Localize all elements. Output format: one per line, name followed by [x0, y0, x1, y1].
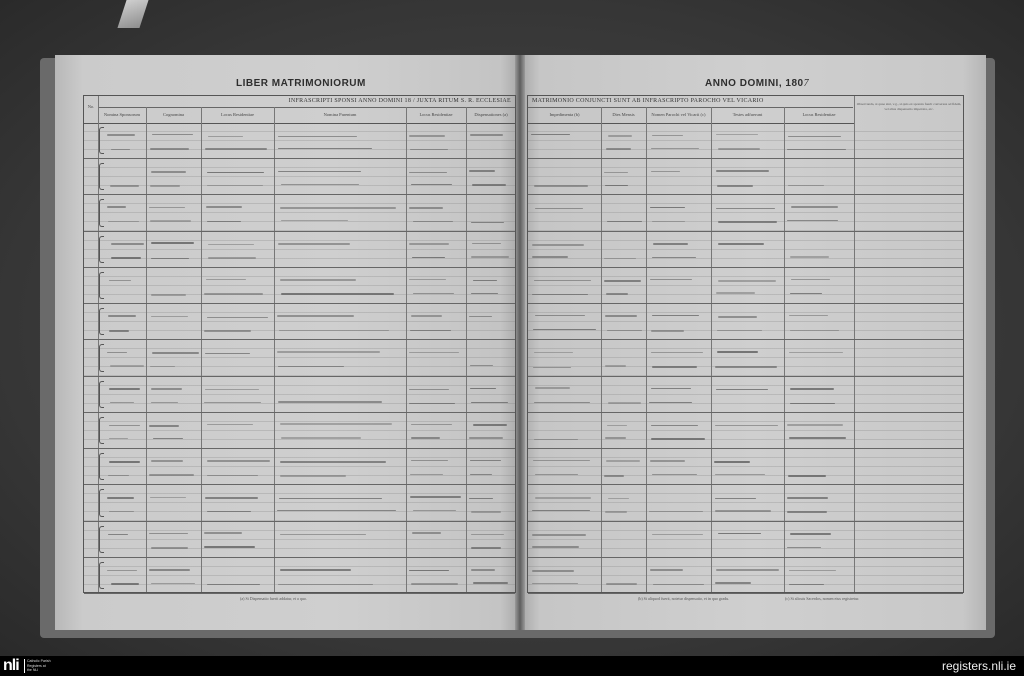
handwritten-text [717, 351, 758, 353]
handwritten-text [716, 389, 768, 391]
handwritten-text [108, 221, 140, 223]
handwritten-text [653, 243, 688, 245]
handwritten-text [718, 243, 764, 245]
handwritten-text [649, 511, 703, 513]
handwritten-text [607, 425, 627, 427]
handwritten-text [151, 316, 187, 318]
handwritten-text [606, 460, 641, 462]
handwritten-text [411, 184, 452, 186]
handwritten-text [651, 352, 703, 354]
handwritten-text [787, 149, 845, 151]
handwritten-text [280, 569, 351, 571]
handwritten-text [471, 534, 504, 536]
handwritten-text [413, 510, 456, 512]
handwritten-text [787, 547, 821, 549]
handwritten-text [281, 293, 394, 295]
entry-brace [99, 272, 104, 299]
observanda-header: Observanda, si quae sint, v.g., si quis … [854, 96, 963, 123]
handwritten-text [107, 134, 134, 136]
left-entries [84, 123, 515, 592]
entry-row [528, 449, 963, 485]
handwritten-text [207, 460, 270, 462]
handwritten-text [604, 280, 640, 282]
handwritten-text [608, 402, 641, 404]
handwritten-text [411, 583, 458, 585]
handwritten-text [110, 402, 134, 404]
handwritten-text [791, 279, 830, 281]
col-cognomina: Cognomina [146, 107, 201, 123]
left-footnote: (a) Si Dispensatio fuerit addatur, et a … [240, 596, 307, 601]
nli-logo-subtitle: Catholic Parish Registers at the NLI [27, 659, 67, 673]
handwritten-text [650, 279, 692, 281]
handwritten-text [205, 497, 258, 499]
logo-divider [24, 659, 25, 673]
handwritten-text [469, 170, 495, 172]
handwritten-text [409, 243, 449, 245]
handwritten-text [281, 437, 361, 439]
handwritten-text [718, 533, 762, 535]
handwritten-text [787, 220, 838, 222]
handwritten-text [651, 388, 690, 390]
handwritten-text [532, 583, 578, 585]
handwritten-text [715, 474, 766, 476]
entry-row [528, 232, 963, 268]
handwritten-text [470, 474, 492, 476]
site-link[interactable]: registers.nli.ie [942, 659, 1016, 673]
handwritten-text [208, 244, 255, 246]
right-column-headers: Impedimenta (b) Dies Mensis Nomen Paroch… [528, 107, 854, 124]
handwritten-text [110, 365, 144, 367]
handwritten-text [532, 546, 578, 548]
handwritten-text [409, 389, 449, 391]
handwritten-text [281, 220, 348, 222]
handwritten-text [151, 294, 186, 296]
handwritten-text [651, 330, 684, 332]
handwritten-text [109, 461, 139, 463]
handwritten-text [111, 257, 142, 259]
handwritten-text [152, 352, 198, 354]
handwritten-text [109, 330, 129, 332]
right-register-table: MATRIMONIO CONJUNCTI SUNT AB INFRASCRIPT… [527, 95, 964, 593]
handwritten-text [151, 388, 181, 390]
entry-brace [99, 236, 104, 263]
entry-brace [99, 562, 104, 589]
handwritten-text [532, 244, 585, 246]
handwritten-text [409, 279, 446, 281]
entry-brace [99, 308, 104, 335]
handwritten-text [605, 315, 638, 317]
handwritten-text [607, 330, 642, 332]
handwritten-text [280, 475, 345, 477]
handwritten-text [472, 184, 505, 186]
handwritten-text [531, 134, 570, 136]
handwritten-text [206, 279, 246, 281]
handwritten-text [150, 497, 186, 499]
handwritten-text [280, 534, 366, 536]
entry-row [528, 377, 963, 413]
handwritten-text [108, 315, 136, 317]
handwritten-text [278, 243, 351, 245]
handwritten-text [107, 206, 126, 208]
entry-row [84, 413, 515, 449]
handwritten-text [789, 570, 836, 572]
handwritten-text [150, 366, 175, 368]
handwritten-text [790, 388, 834, 390]
handwritten-text [473, 280, 497, 282]
logo-subtitle-line: the NLI [27, 668, 67, 673]
handwritten-text [153, 438, 183, 440]
handwritten-text [278, 171, 361, 173]
handwritten-text [718, 280, 776, 282]
handwritten-text [278, 136, 357, 138]
col-dies-mensis: Dies Mensis [601, 107, 646, 123]
left-page-title: LIBER MATRIMONIORUM [236, 78, 366, 89]
handwritten-text [604, 172, 627, 174]
handwritten-text [718, 316, 757, 318]
handwritten-text [651, 171, 681, 173]
handwritten-text [278, 148, 372, 150]
handwritten-text [410, 149, 448, 151]
handwritten-text [652, 221, 685, 223]
handwritten-text [111, 149, 130, 151]
viewer-footer: nli Catholic Parish Registers at the NLI… [0, 656, 1024, 676]
handwritten-text [714, 461, 750, 463]
handwritten-text [715, 366, 777, 368]
handwritten-text [787, 497, 827, 499]
entry-brace [99, 381, 104, 408]
left-column-headers: No. Nomina Sponsorum Cognomina Locus Res… [84, 107, 515, 124]
handwritten-text [535, 474, 578, 476]
handwritten-text [411, 460, 449, 462]
handwritten-text [718, 148, 760, 150]
handwritten-text [533, 460, 590, 462]
handwritten-text [208, 257, 256, 259]
col-nomina-sponsorum: Nomina Sponsorum [98, 107, 146, 123]
entry-row [84, 304, 515, 340]
book-gutter [515, 55, 525, 630]
entry-row [528, 558, 963, 594]
handwritten-text [604, 258, 636, 260]
handwritten-text [715, 498, 757, 500]
handwritten-text [471, 293, 497, 295]
entry-brace [99, 453, 104, 480]
handwritten-text [532, 256, 568, 258]
handwritten-text [150, 220, 192, 222]
entry-row [84, 522, 515, 558]
entry-row [84, 123, 515, 159]
nli-logo[interactable]: nli [3, 657, 19, 675]
handwritten-text [280, 207, 396, 209]
entry-row [528, 340, 963, 376]
handwritten-text [110, 185, 139, 187]
col-nomen-parochi: Nomen Parochi vel Vicarii (c) [646, 107, 711, 123]
handwritten-text [532, 534, 586, 536]
handwritten-text [789, 584, 824, 586]
right-entries [528, 123, 963, 592]
handwritten-text [469, 316, 492, 318]
handwritten-text [277, 510, 396, 512]
handwritten-text [152, 134, 194, 136]
handwritten-text [533, 367, 571, 369]
handwritten-text [716, 170, 769, 172]
handwritten-text [151, 258, 190, 260]
handwritten-text [109, 280, 131, 282]
handwritten-text [534, 185, 588, 187]
handwritten-text [277, 351, 380, 353]
entry-brace [99, 199, 104, 226]
handwritten-text [471, 511, 501, 513]
handwritten-text [207, 475, 257, 477]
handwritten-text [412, 257, 445, 259]
right-page-title: ANNO DOMINI, 1807 [705, 78, 809, 89]
handwritten-text [412, 532, 441, 534]
handwritten-text [149, 207, 184, 209]
handwritten-text [608, 498, 629, 500]
entry-row [84, 340, 515, 376]
handwritten-text [605, 511, 628, 513]
handwritten-text [278, 401, 382, 403]
handwritten-text [649, 402, 691, 404]
handwritten-text [279, 330, 388, 332]
handwritten-text [535, 315, 585, 317]
handwritten-text [608, 135, 633, 137]
handwritten-text [604, 475, 624, 477]
handwritten-text [789, 352, 843, 354]
entry-row [528, 268, 963, 304]
handwritten-text [532, 510, 590, 512]
entry-row [84, 268, 515, 304]
entry-brace [99, 489, 104, 516]
handwritten-text [790, 293, 822, 295]
handwritten-text [534, 280, 591, 282]
handwritten-text [107, 570, 136, 572]
handwritten-text [470, 365, 493, 367]
entry-row [528, 485, 963, 521]
handwritten-text [149, 474, 194, 476]
handwritten-text [411, 424, 452, 426]
handwritten-text [715, 582, 751, 584]
handwritten-text [280, 461, 386, 463]
handwritten-text [535, 387, 570, 389]
handwritten-text [470, 134, 503, 136]
handwritten-text [652, 474, 698, 476]
handwritten-text [605, 365, 627, 367]
handwritten-text [279, 498, 383, 500]
handwritten-text [149, 533, 187, 535]
handwritten-text [788, 185, 824, 187]
handwritten-text [411, 437, 440, 439]
handwritten-text [109, 388, 140, 390]
right-footnote-b: (b) Si aliquod fuerit, notetur dispensat… [638, 596, 729, 601]
handwritten-text [108, 475, 130, 477]
handwritten-text [207, 221, 241, 223]
handwritten-text [532, 294, 588, 296]
handwritten-text [716, 292, 754, 294]
handwritten-text [409, 207, 443, 209]
handwritten-text [205, 353, 250, 355]
handwritten-text [532, 570, 574, 572]
handwritten-text [111, 583, 139, 585]
handwritten-text [204, 532, 241, 534]
handwritten-text [605, 437, 627, 439]
handwritten-text [650, 460, 685, 462]
entry-brace [99, 127, 104, 154]
col-locus-residentiae-parentum: Locus Residentiae [406, 107, 466, 123]
col-locus-residentiae-testium: Locus Residentiae [784, 107, 854, 123]
entry-row [528, 413, 963, 449]
handwritten-text [151, 547, 188, 549]
handwritten-text [471, 547, 502, 549]
handwritten-text [791, 206, 838, 208]
handwritten-text [411, 315, 442, 317]
handwritten-text [409, 172, 447, 174]
handwritten-text [651, 425, 698, 427]
handwritten-text [151, 460, 183, 462]
handwritten-text [413, 221, 453, 223]
handwritten-text [208, 136, 243, 138]
entry-brace [99, 526, 104, 553]
entry-row [84, 558, 515, 594]
col-dispensationes: Dispensationes (a) [466, 107, 516, 123]
handwritten-text [606, 293, 628, 295]
handwritten-text [534, 439, 578, 441]
handwritten-text [204, 546, 255, 548]
entry-row [528, 159, 963, 195]
handwritten-text [280, 423, 392, 425]
handwritten-text [205, 148, 267, 150]
entry-row [528, 522, 963, 558]
handwritten-text [108, 534, 129, 536]
handwritten-text [788, 136, 841, 138]
handwritten-text [207, 317, 268, 319]
handwritten-text [790, 330, 839, 332]
handwritten-text [469, 498, 493, 500]
handwritten-text [409, 352, 459, 354]
handwritten-text [470, 460, 500, 462]
handwritten-text [206, 206, 242, 208]
handwritten-text [652, 135, 683, 137]
handwritten-text [149, 425, 179, 427]
handwritten-text [151, 171, 186, 173]
handwritten-text [278, 584, 373, 586]
handwritten-text [535, 208, 583, 210]
handwritten-text [410, 496, 461, 498]
entry-row [528, 304, 963, 340]
handwritten-text [151, 583, 195, 585]
handwritten-text [109, 438, 128, 440]
handwritten-text [207, 185, 263, 187]
handwritten-text [107, 352, 127, 354]
handwritten-text [409, 403, 455, 405]
handwritten-text [535, 497, 591, 499]
col-no: No. [84, 99, 98, 115]
right-title-text: ANNO DOMINI, 180 [705, 78, 804, 89]
handwritten-text [471, 256, 509, 258]
handwritten-text [151, 242, 194, 244]
handwritten-text [533, 329, 596, 331]
handwritten-text [207, 584, 260, 586]
handwritten-text [413, 293, 454, 295]
handwritten-text [716, 569, 779, 571]
handwritten-text [715, 510, 770, 512]
handwritten-text [787, 424, 843, 426]
handwritten-text [470, 388, 495, 390]
handwritten-text [787, 511, 827, 513]
entry-brace [99, 344, 104, 371]
handwritten-text [789, 315, 828, 317]
handwritten-text [473, 582, 508, 584]
handwritten-text [410, 330, 451, 332]
handwritten-text [651, 438, 705, 440]
entry-brace [99, 417, 104, 444]
entry-row [84, 159, 515, 195]
handwritten-text [278, 366, 344, 368]
handwritten-text [207, 424, 252, 426]
handwritten-text [207, 172, 264, 174]
handwritten-text [107, 497, 133, 499]
handwritten-text [204, 330, 251, 332]
col-testes: Testes adfuerunt [711, 107, 784, 123]
handwritten-text [717, 185, 753, 187]
entry-row [84, 195, 515, 231]
handwritten-text [111, 243, 145, 245]
entry-row [84, 449, 515, 485]
handwritten-text [652, 366, 697, 368]
handwritten-text [409, 135, 445, 137]
handwritten-text [718, 221, 777, 223]
handwritten-text [788, 475, 826, 477]
entry-row [84, 485, 515, 521]
handwritten-text [204, 293, 263, 295]
handwritten-text [606, 148, 631, 150]
handwritten-text [204, 402, 260, 404]
handwritten-text [652, 534, 702, 536]
handwritten-text [471, 402, 508, 404]
handwritten-text [650, 569, 683, 571]
entry-row [528, 195, 963, 231]
handwritten-text [650, 207, 686, 209]
col-nomina-parentum: Nomina Parentum [274, 107, 406, 123]
handwritten-text [716, 134, 757, 136]
handwritten-text [652, 257, 696, 259]
handwritten-text [410, 474, 443, 476]
handwritten-text [409, 570, 449, 572]
handwritten-text [150, 185, 180, 187]
handwritten-text [280, 279, 356, 281]
handwritten-text [652, 315, 699, 317]
handwritten-text [534, 402, 591, 404]
handwritten-text [790, 403, 835, 405]
handwritten-text [277, 315, 354, 317]
entry-brace [99, 163, 104, 190]
right-title-year-suffix: 7 [804, 78, 810, 89]
handwritten-text [716, 208, 776, 210]
handwritten-text [717, 330, 762, 332]
handwritten-text [109, 511, 134, 513]
handwritten-text [651, 148, 698, 150]
handwritten-text [607, 221, 642, 223]
handwritten-text [149, 569, 190, 571]
handwritten-text [151, 402, 178, 404]
handwritten-text [472, 243, 500, 245]
col-locus-residentiae: Locus Residentiae [201, 107, 274, 123]
entry-row [84, 377, 515, 413]
handwritten-text [207, 511, 251, 513]
handwritten-text [471, 222, 505, 224]
handwritten-text [281, 184, 359, 186]
entry-row [528, 123, 963, 159]
handwritten-text [606, 583, 637, 585]
